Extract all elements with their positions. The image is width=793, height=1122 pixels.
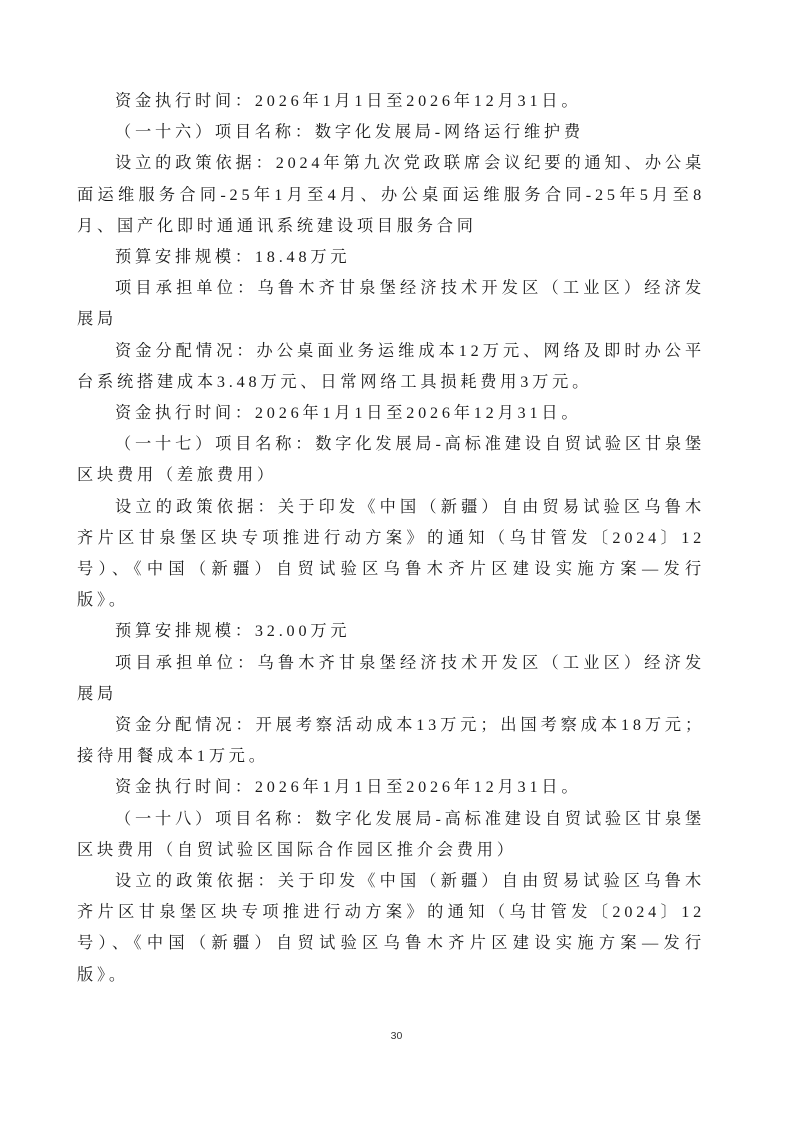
project-16-title: （一十六）项目名称：数字化发展局-网络运行维护费 [77,117,705,148]
project-17-allocation: 资金分配情况：开展考察活动成本13万元；出国考察成本18万元；接待用餐成本1万元… [77,710,705,772]
project-17-budget: 预算安排规模：32.00万元 [77,616,705,647]
document-body: 资金执行时间：2026年1月1日至2026年12月31日。 （一十六）项目名称：… [77,86,705,991]
project-16-allocation: 资金分配情况：办公桌面业务运维成本12万元、网络及即时办公平台系统搭建成本3.4… [77,336,705,398]
page-number: 30 [0,1030,793,1042]
project-17-unit: 项目承担单位：乌鲁木齐甘泉堡经济技术开发区（工业区）经济发展局 [77,648,705,710]
project-16-policy-basis: 设立的政策依据：2024年第九次党政联席会议纪要的通知、办公桌面运维服务合同-2… [77,148,705,242]
document-page: 资金执行时间：2026年1月1日至2026年12月31日。 （一十六）项目名称：… [0,0,793,1122]
project-17-title: （一十七）项目名称：数字化发展局-高标准建设自贸试验区甘泉堡区块费用（差旅费用） [77,429,705,491]
project-16-budget: 预算安排规模：18.48万元 [77,242,705,273]
project-18-policy-basis: 设立的政策依据：关于印发《中国（新疆）自由贸易试验区乌鲁木齐片区甘泉堡区块专项推… [77,866,705,991]
project-16-execution-time: 资金执行时间：2026年1月1日至2026年12月31日。 [77,398,705,429]
execution-time-paragraph: 资金执行时间：2026年1月1日至2026年12月31日。 [77,86,705,117]
project-17-execution-time: 资金执行时间：2026年1月1日至2026年12月31日。 [77,772,705,803]
project-17-policy-basis: 设立的政策依据：关于印发《中国（新疆）自由贸易试验区乌鲁木齐片区甘泉堡区块专项推… [77,492,705,617]
project-16-unit: 项目承担单位：乌鲁木齐甘泉堡经济技术开发区（工业区）经济发展局 [77,273,705,335]
project-18-title: （一十八）项目名称：数字化发展局-高标准建设自贸试验区甘泉堡区块费用（自贸试验区… [77,804,705,866]
